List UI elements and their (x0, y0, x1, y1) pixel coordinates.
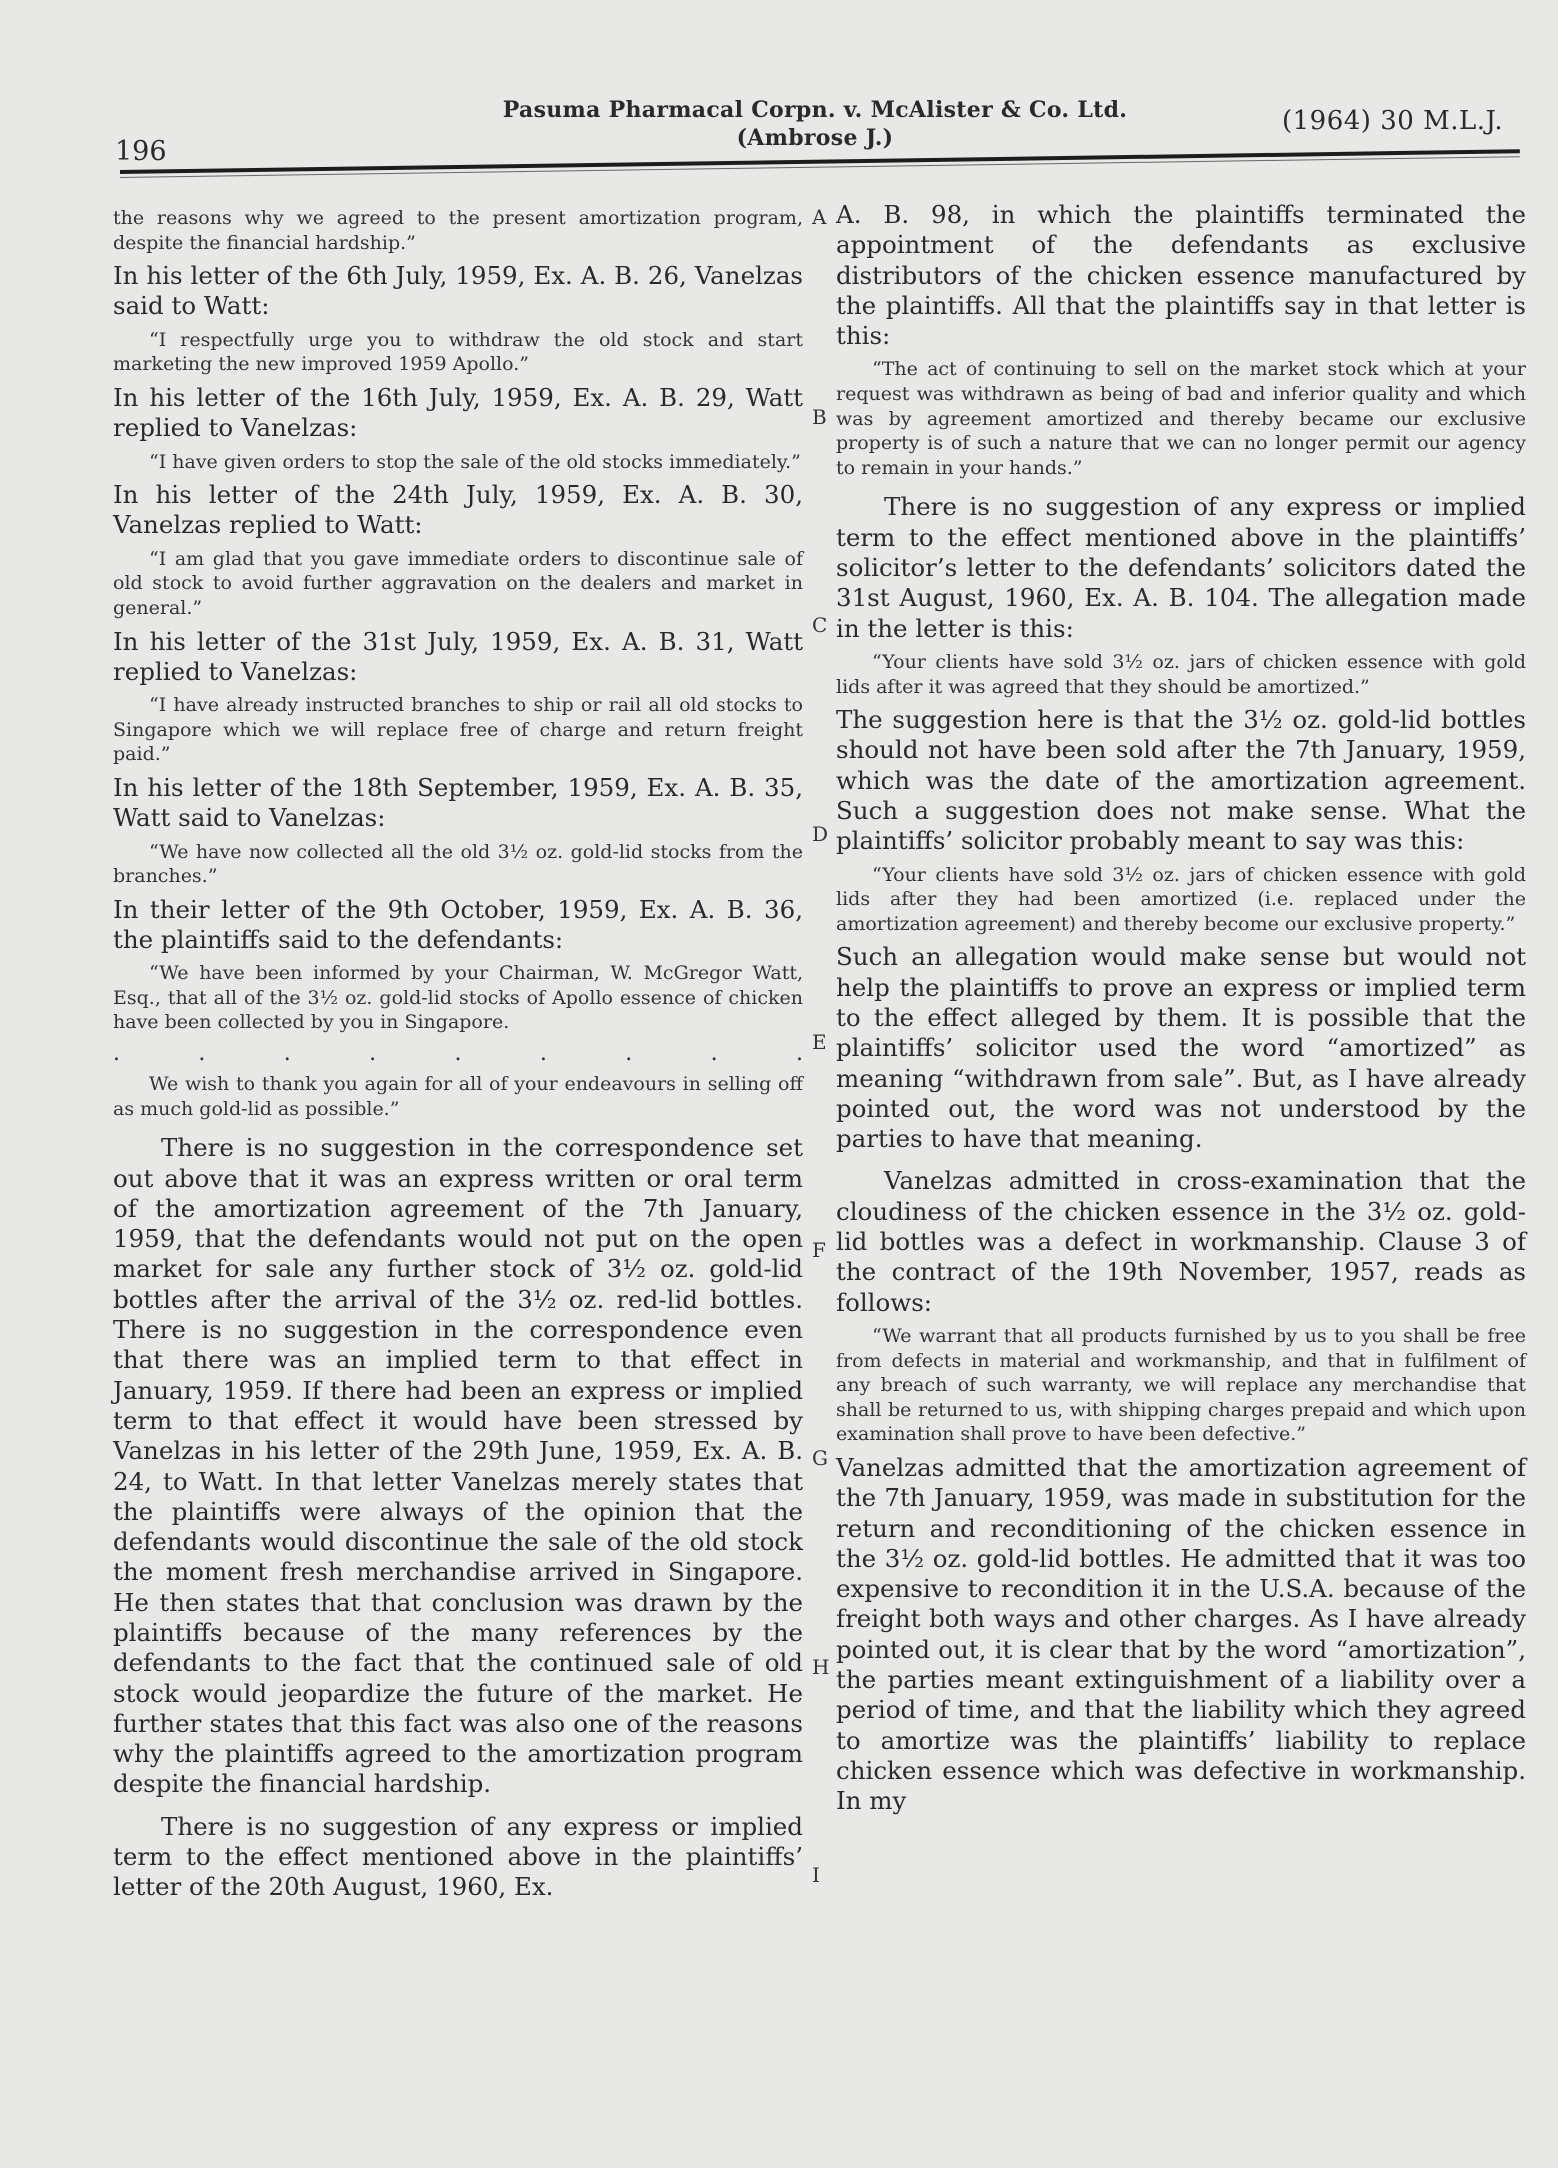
paragraph: In their letter of the 9th October, 1959… (113, 895, 803, 956)
paragraph: There is no suggestion of any express or… (113, 1812, 803, 1903)
margin-marker: B (812, 405, 827, 429)
block-quote: “We have been informed by your Chairman,… (113, 961, 803, 1035)
paragraph: In his letter of the 24th July, 1959, Ex… (113, 480, 803, 541)
block-quote: “Your clients have sold 3½ oz. jars of c… (836, 650, 1526, 699)
running-header-title: Pasuma Pharmacal Corpn. v. McAlister & C… (480, 96, 1150, 152)
margin-marker: A (812, 205, 826, 229)
block-quote: “I am glad that you gave immediate order… (113, 547, 803, 621)
paragraph: Vanelzas admitted that the amortization … (836, 1453, 1526, 1817)
margin-marker: I (812, 1863, 820, 1887)
margin-marker: H (812, 1655, 829, 1679)
paragraph: Vanelzas admitted in cross-examination t… (836, 1166, 1526, 1317)
margin-marker: D (812, 822, 828, 846)
law-report-citation: (1964) 30 M.L.J. (1282, 106, 1503, 136)
document-page: 196 Pasuma Pharmacal Corpn. v. McAlister… (0, 0, 1558, 2168)
margin-marker: E (812, 1030, 827, 1054)
paragraph: In his letter of the 6th July, 1959, Ex.… (113, 261, 803, 322)
paragraph: In his letter of the 18th September, 195… (113, 773, 803, 834)
paragraph: There is no suggestion of any express or… (836, 492, 1526, 643)
paragraph: In his letter of the 31st July, 1959, Ex… (113, 627, 803, 688)
margin-marker: C (812, 613, 827, 637)
block-quote-continued: the reasons why we agreed to the present… (113, 206, 803, 255)
header-rule (120, 149, 1520, 174)
paragraph: There is no suggestion in the correspond… (113, 1133, 803, 1800)
paragraph: Such an allegation would make sense but … (836, 942, 1526, 1154)
left-column: the reasons why we agreed to the present… (113, 200, 803, 1903)
block-quote: “The act of continuing to sell on the ma… (836, 357, 1526, 480)
block-quote: “We have now collected all the old 3½ oz… (113, 840, 803, 889)
block-quote: “Your clients have sold 3½ oz. jars of c… (836, 863, 1526, 937)
page-number: 196 (115, 136, 167, 167)
margin-marker: F (812, 1238, 826, 1262)
block-quote: “We warrant that all products furnished … (836, 1324, 1526, 1447)
case-title: Pasuma Pharmacal Corpn. v. McAlister & C… (480, 96, 1150, 124)
paragraph: In his letter of the 16th July, 1959, Ex… (113, 383, 803, 444)
judge-name: (Ambrose J.) (480, 124, 1150, 152)
margin-marker: G (812, 1446, 828, 1470)
paragraph: The suggestion here is that the 3½ oz. g… (836, 705, 1526, 856)
block-quote: “I have given orders to stop the sale of… (113, 450, 803, 475)
paragraph: A. B. 98, in which the plaintiffs termin… (836, 200, 1526, 351)
right-column: A. B. 98, in which the plaintiffs termin… (836, 200, 1526, 1816)
block-quote: We wish to thank you again for all of yo… (113, 1072, 803, 1121)
ellipsis-row: ......... (113, 1041, 803, 1066)
block-quote: “I respectfully urge you to withdraw the… (113, 328, 803, 377)
block-quote: “I have already instructed branches to s… (113, 693, 803, 767)
